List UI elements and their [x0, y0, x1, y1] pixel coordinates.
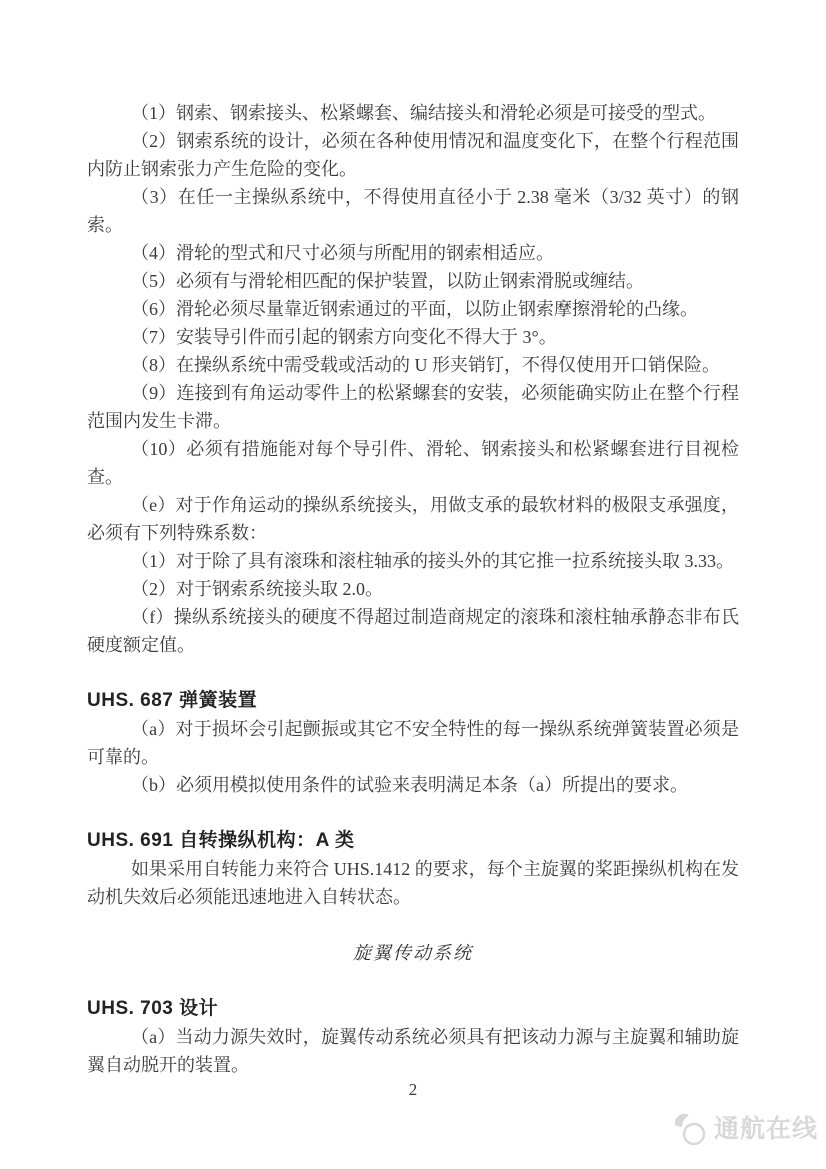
- watermark-label: 通航在线: [714, 1110, 818, 1148]
- section-heading-uhs-687: UHS. 687 弹簧装置: [87, 687, 739, 715]
- paragraph: （7）安装导引件而引起的钢索方向变化不得大于 3°。: [87, 323, 739, 351]
- paragraph: （5）必须有与滑轮相匹配的保护装置，以防止钢索滑脱或缠结。: [87, 267, 739, 295]
- paragraph: 如果采用自转能力来符合 UHS.1412 的要求，每个主旋翼的桨距操纵机构在发动…: [87, 855, 739, 911]
- paragraph: （3）在任一主操纵系统中，不得使用直径小于 2.38 毫米（3/32 英寸）的钢…: [87, 183, 739, 239]
- section-heading-uhs-703: UHS. 703 设计: [87, 995, 739, 1023]
- paragraph: （f）操纵系统接头的硬度不得超过制造商规定的滚珠和滚柱轴承静态非布氏硬度额定值。: [87, 603, 739, 659]
- page-number: 2: [0, 1079, 826, 1101]
- paragraph: （4）滑轮的型式和尺寸必须与所配用的钢索相适应。: [87, 239, 739, 267]
- paragraph: （e）对于作角运动的操纵系统接头，用做支承的最软材料的极限支承强度，必须有下列特…: [87, 491, 739, 547]
- paragraph: （1）对于除了具有滚珠和滚柱轴承的接头外的其它推一拉系统接头取 3.33。: [87, 547, 739, 575]
- document-page: （1）钢索、钢索接头、松紧螺套、编结接头和滑轮必须是可接受的型式。 （2）钢索系…: [0, 0, 826, 1169]
- paragraph: （1）钢索、钢索接头、松紧螺套、编结接头和滑轮必须是可接受的型式。: [87, 99, 739, 127]
- paragraph: （b）必须用模拟使用条件的试验来表明满足本条（a）所提出的要求。: [87, 771, 739, 799]
- center-heading-rotor-drive-system: 旋翼传动系统: [87, 939, 739, 967]
- paragraph: （6）滑轮必须尽量靠近钢索通过的平面，以防止钢索摩擦滑轮的凸缘。: [87, 295, 739, 323]
- section-heading-uhs-691: UHS. 691 自转操纵机构：A 类: [87, 827, 739, 855]
- paragraph: （8）在操纵系统中需受载或活动的 U 形夹销钉，不得仅使用开口销保险。: [87, 351, 739, 379]
- paragraph: （9）连接到有角运动零件上的松紧螺套的安装，必须能确实防止在整个行程范围内发生卡…: [87, 379, 739, 435]
- paragraph: （a）当动力源失效时，旋翼传动系统必须具有把该动力源与主旋翼和辅助旋翼自动脱开的…: [87, 1023, 739, 1079]
- paragraph: （2）钢索系统的设计，必须在各种使用情况和温度变化下，在整个行程范围内防止钢索张…: [87, 127, 739, 183]
- paragraph: （10）必须有措施能对每个导引件、滑轮、钢索接头和松紧螺套进行目视检查。: [87, 435, 739, 491]
- globe-bird-icon: [673, 1110, 709, 1148]
- paragraph: （2）对于钢索系统接头取 2.0。: [87, 575, 739, 603]
- watermark: 通航在线: [673, 1110, 818, 1148]
- document-content: （1）钢索、钢索接头、松紧螺套、编结接头和滑轮必须是可接受的型式。 （2）钢索系…: [87, 0, 739, 1079]
- paragraph: （a）对于损坏会引起颤振或其它不安全特性的每一操纵系统弹簧装置必须是可靠的。: [87, 715, 739, 771]
